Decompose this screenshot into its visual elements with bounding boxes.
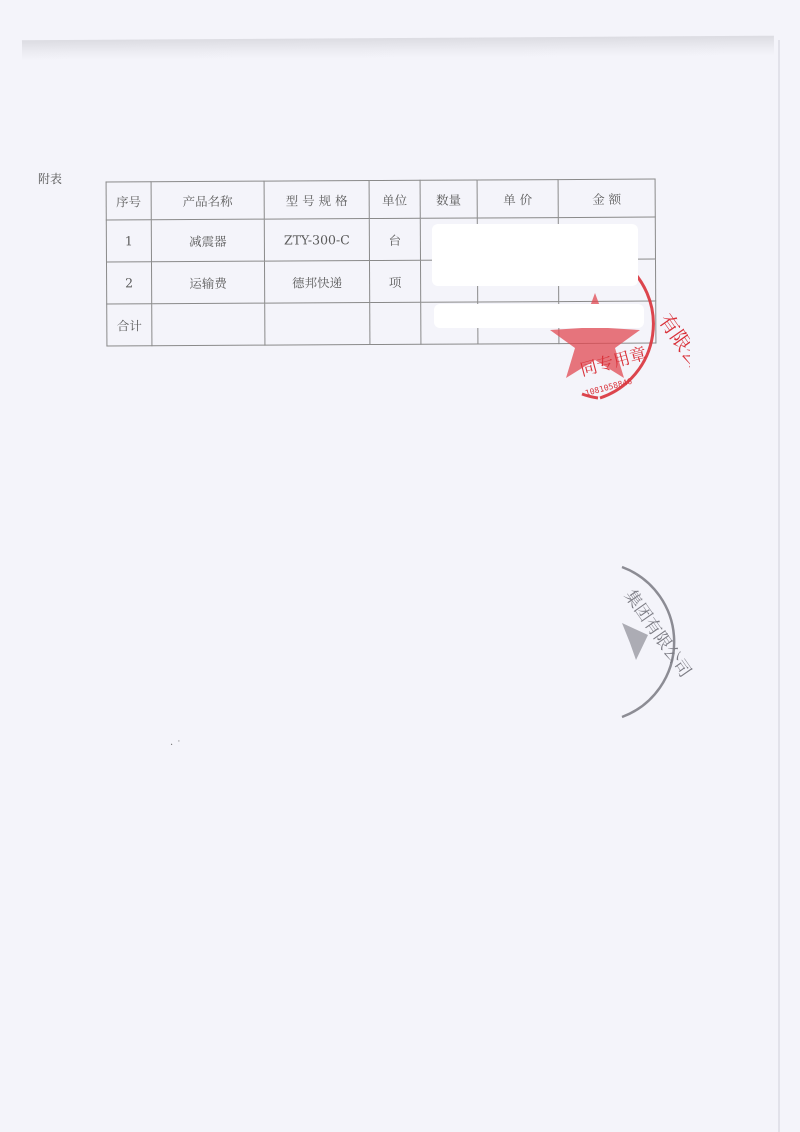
cell-empty bbox=[370, 302, 421, 344]
attachment-caption: 附表 bbox=[38, 170, 62, 187]
redaction-box-prices bbox=[432, 224, 638, 286]
cell-index: 1 bbox=[106, 220, 151, 262]
cell-empty bbox=[265, 303, 370, 346]
cell-model-spec: ZTY-300-C bbox=[264, 219, 369, 262]
scan-right-edge bbox=[778, 40, 780, 1132]
header-quantity: 数量 bbox=[420, 180, 477, 218]
cell-unit: 项 bbox=[369, 260, 420, 302]
header-amount: 金 额 bbox=[558, 179, 655, 218]
table-header-row: 序号 产品名称 型 号 规 格 单位 数量 单 价 金 额 bbox=[106, 179, 655, 220]
grey-company-seal: 集团有限公司 bbox=[560, 555, 710, 730]
redaction-box-total bbox=[434, 304, 644, 328]
scan-noise: · ˙ bbox=[170, 740, 181, 751]
cell-empty bbox=[152, 303, 265, 346]
header-unit: 单位 bbox=[369, 180, 420, 218]
header-model-spec: 型 号 规 格 bbox=[264, 181, 369, 220]
header-index: 序号 bbox=[106, 182, 151, 220]
cell-model-spec: 德邦快递 bbox=[264, 261, 369, 304]
cell-total-label: 合计 bbox=[107, 304, 152, 346]
scan-top-edge bbox=[22, 36, 774, 61]
cell-index: 2 bbox=[106, 262, 151, 304]
cell-product-name: 运输费 bbox=[151, 261, 264, 304]
cell-unit: 台 bbox=[369, 218, 420, 260]
header-unit-price: 单 价 bbox=[477, 180, 558, 218]
cell-product-name: 减震器 bbox=[151, 219, 264, 262]
seal-arc-text: 有限公司 bbox=[654, 309, 690, 388]
header-product-name: 产品名称 bbox=[151, 181, 264, 220]
